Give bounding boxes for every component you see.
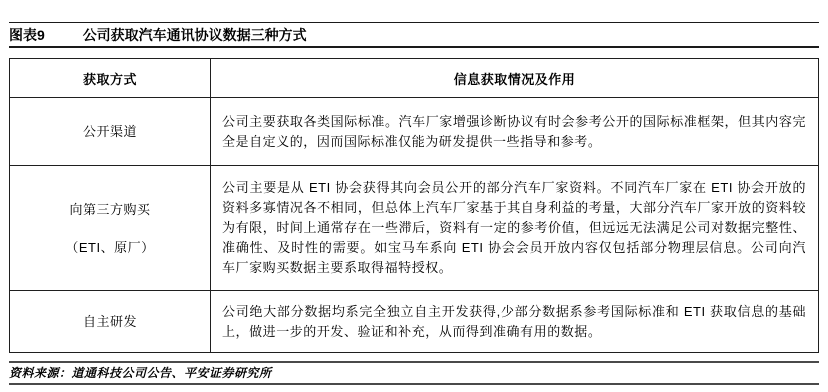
figure-header: 图表9 公司获取汽车通讯协议数据三种方式 [9,22,819,48]
table-row: 自主研发 公司绝大部分数据均系完全独立自主开发获得,少部分数据系参考国际标准和 … [10,291,819,353]
description-cell: 公司主要是从 ETI 协会获得其向会员公开的部分汽车厂家资料。不同汽车厂家在 E… [211,166,819,291]
method-label: 向第三方购买 [69,202,150,217]
table-row: 向第三方购买 （ETI、原厂） 公司主要是从 ETI 协会获得其向会员公开的部分… [10,166,819,291]
description-cell: 公司主要获取各类国际标准。汽车厂家增强诊断协议有时会参考公开的国际标准框架，但其… [211,98,819,166]
method-sublabel: （ETI、原厂） [14,238,206,257]
report-figure-page: 图表9 公司获取汽车通讯协议数据三种方式 获取方式 信息获取情况及作用 公开渠道… [0,22,828,385]
method-cell: 自主研发 [10,291,211,353]
description-cell: 公司绝大部分数据均系完全独立自主开发获得,少部分数据系参考国际标准和 ETI 获… [211,291,819,353]
method-cell: 公开渠道 [10,98,211,166]
method-label: 自主研发 [83,314,137,329]
source-text: 资料来源：道通科技公司公告、平安证券研究所 [9,366,272,380]
column-header-method: 获取方式 [10,59,211,98]
column-header-description: 信息获取情况及作用 [211,59,819,98]
method-cell: 向第三方购买 （ETI、原厂） [10,166,211,291]
table-header-row: 获取方式 信息获取情况及作用 [10,59,819,98]
figure-number: 图表9 [9,27,45,43]
figure-title: 公司获取汽车通讯协议数据三种方式 [83,27,307,43]
acquisition-methods-table: 获取方式 信息获取情况及作用 公开渠道 公司主要获取各类国际标准。汽车厂家增强诊… [9,58,819,353]
method-label: 公开渠道 [83,124,137,139]
source-attribution: 资料来源：道通科技公司公告、平安证券研究所 [9,361,819,385]
table-row: 公开渠道 公司主要获取各类国际标准。汽车厂家增强诊断协议有时会参考公开的国际标准… [10,98,819,166]
